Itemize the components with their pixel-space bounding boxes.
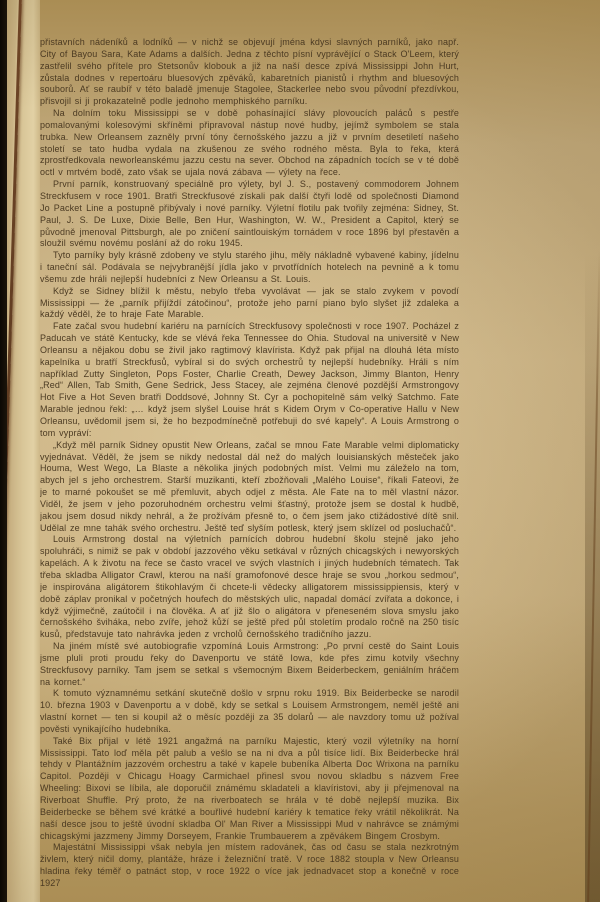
paragraph: První parník, konstruovaný speciálně pro… <box>40 179 459 250</box>
paragraph: „Když měl parník Sidney opustit New Orle… <box>40 440 459 535</box>
gutter-strip <box>7 0 40 902</box>
text-column: přistavních nádeníků a lodníků — v nichž… <box>40 37 459 890</box>
paragraph: Louis Armstrong dostal na výletních parn… <box>40 534 459 641</box>
paragraph: Také Bix přijal v létě 1921 angažmá na p… <box>40 736 459 843</box>
paragraph: K tomuto významnému setkání skutečně doš… <box>40 688 459 735</box>
paragraph: Na dolním toku Mississippi se v době poh… <box>40 108 459 179</box>
page-right-edge-shadow <box>585 0 600 902</box>
left-black-edge <box>0 0 7 902</box>
paragraph: Na jiném místě své autobiografie vzpomín… <box>40 641 459 688</box>
paragraph: Když se Sidney blížil k městu, nebylo tř… <box>40 286 459 322</box>
paragraph: Tyto parníky byly krásně zdobeny ve styl… <box>40 250 459 286</box>
paragraph: přistavních nádeníků a lodníků — v nichž… <box>40 37 459 108</box>
book-page-photo: přistavních nádeníků a lodníků — v nichž… <box>0 0 600 902</box>
paragraph: Fate začal svou hudební kariéru na parní… <box>40 321 459 439</box>
paragraph: Majestátní Mississippi však nebyla jen m… <box>40 842 459 889</box>
